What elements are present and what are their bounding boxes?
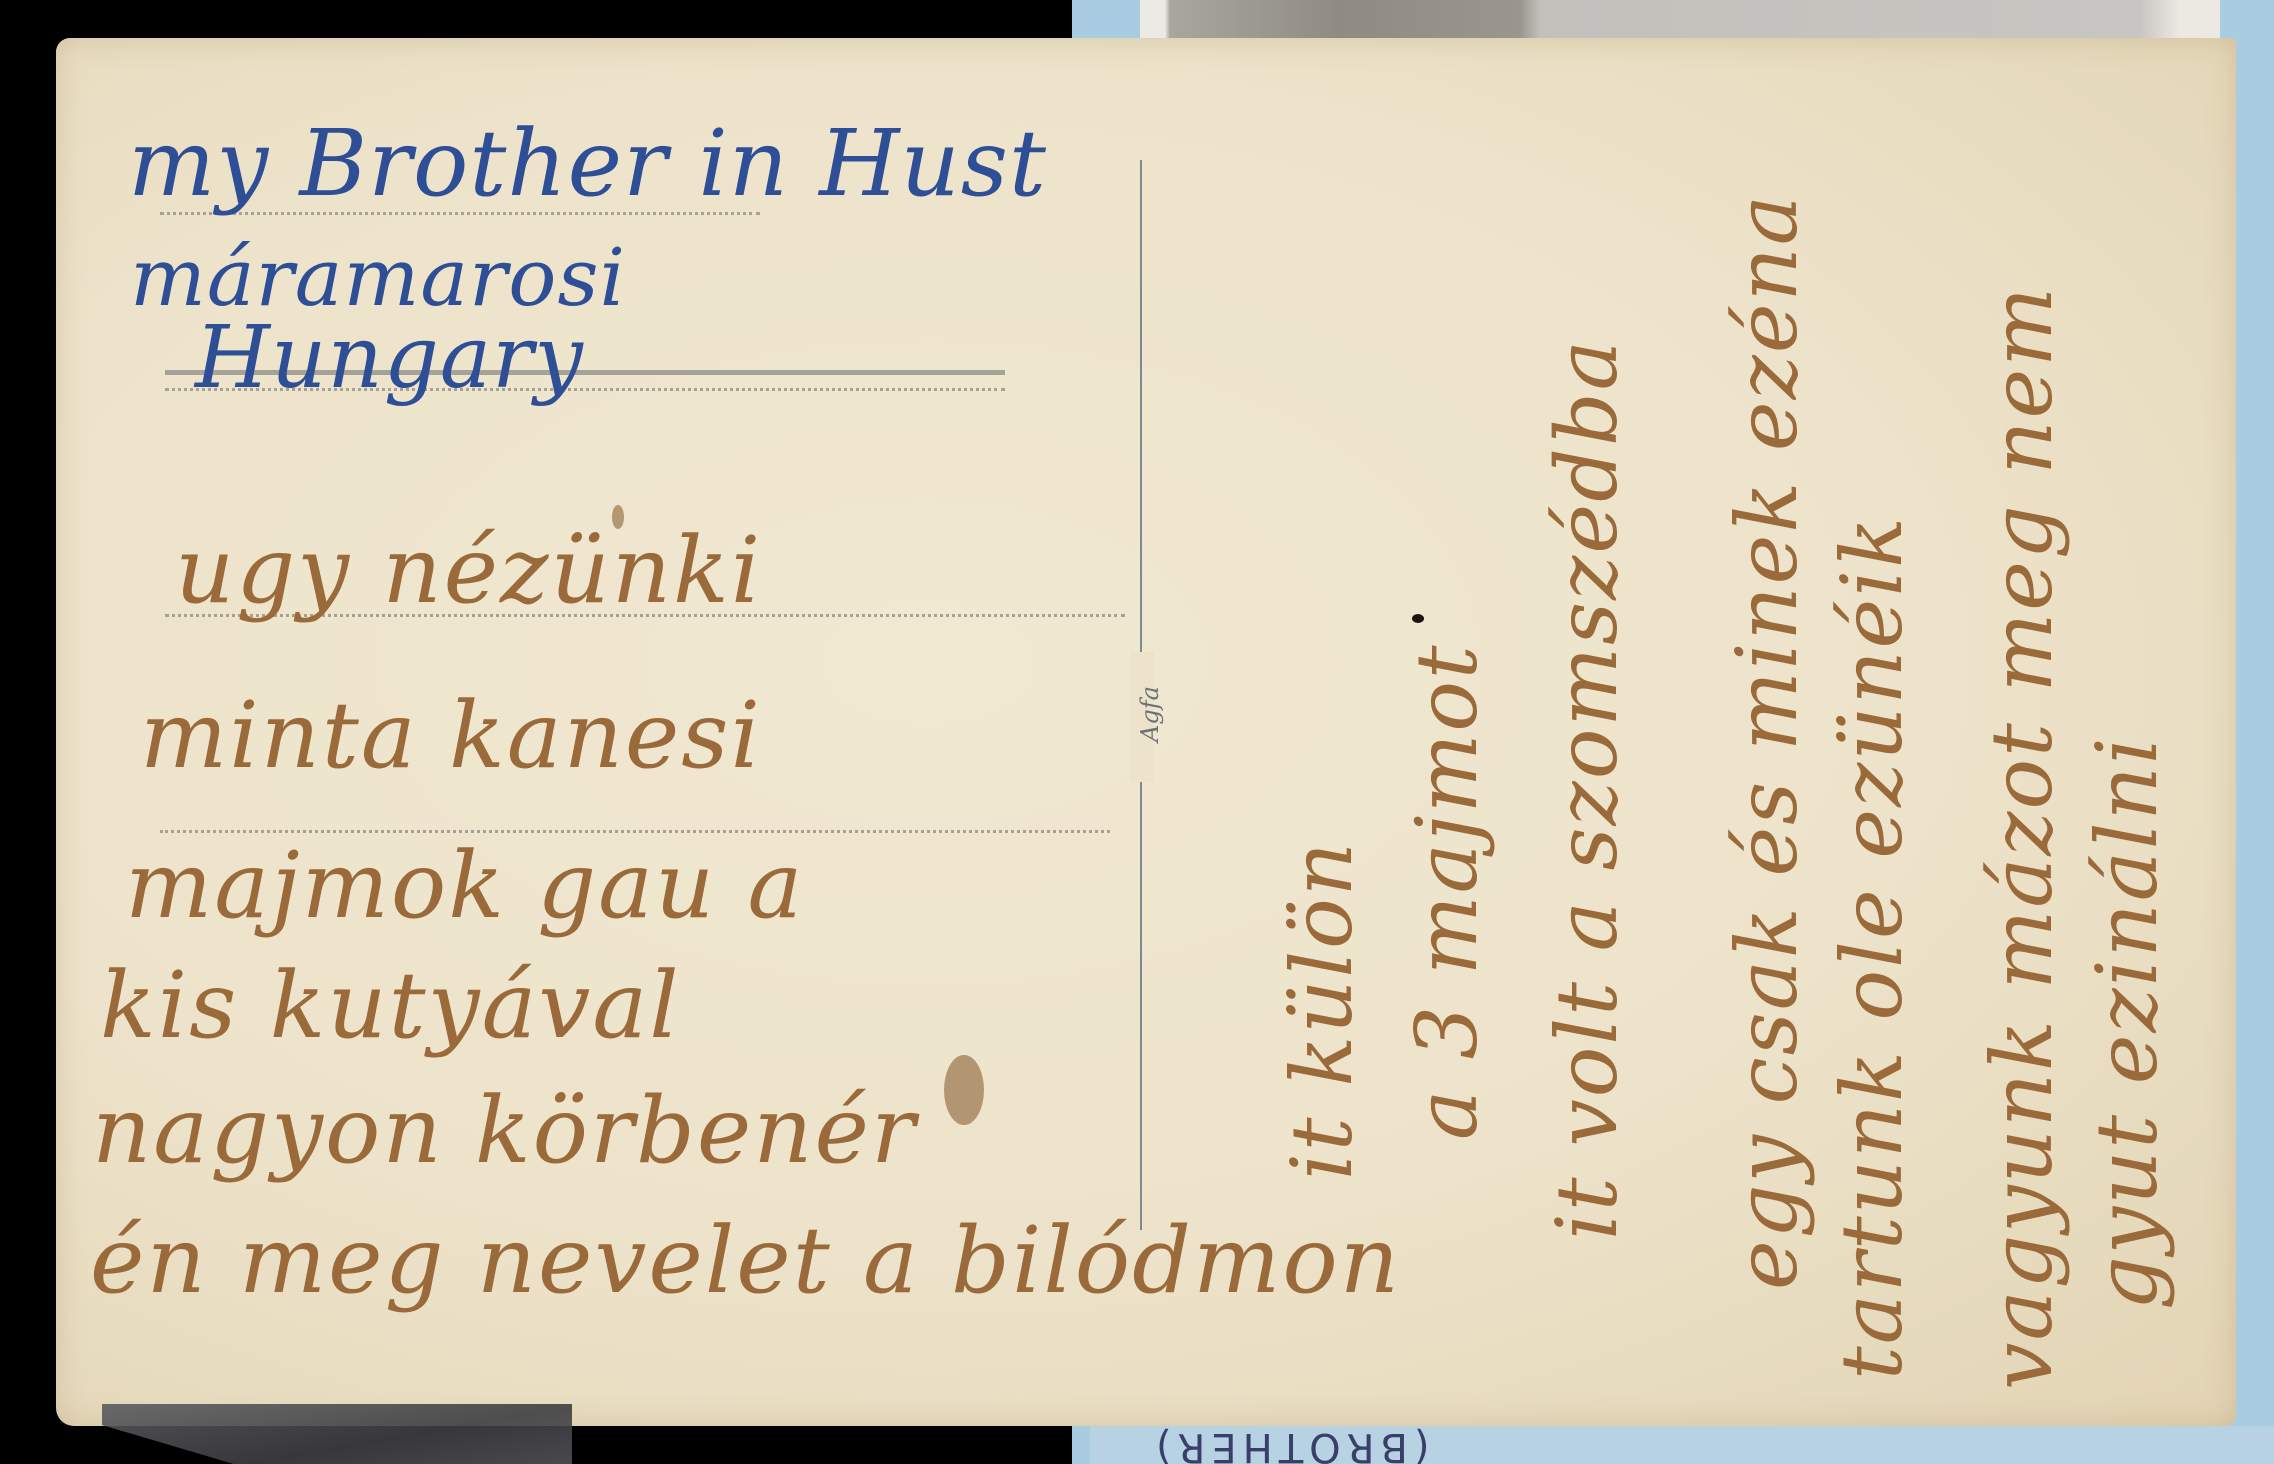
agfa-imprint: Agfa (1136, 654, 1164, 774)
message-right-column-3: it volt a szomszédba (1545, 338, 1629, 1240)
message-left-line-5: nagyon körbenér (92, 1085, 917, 1177)
message-left-line-4: kis kutyával (100, 960, 681, 1052)
address-line-1: my Brother in Hust (128, 118, 1047, 210)
message-right-column-6: vagyunk mázot meg nem (1980, 285, 2064, 1390)
message-right-column-7: gyut ezinálni (2085, 735, 2169, 1310)
address-line-2: máramarosi (130, 238, 626, 318)
brother-label: (BROTHER) (1150, 1424, 1430, 1464)
message-right-column-4: egy csak és minek ezéna (1725, 193, 1809, 1290)
message-right-column-1: it külön (1280, 840, 1364, 1180)
message-right-column-5: tartunk ole ezünéik (1830, 515, 1914, 1380)
address-line-3: Hungary (195, 315, 584, 401)
ink-stain (944, 1055, 984, 1125)
message-right-column-2: a 3 majmot (1405, 643, 1489, 1140)
message-left-line-2: minta kanesi (140, 690, 762, 782)
message-left-line-3: majmok gau a (125, 840, 804, 932)
ink-dot (1412, 614, 1424, 623)
message-left-line-6: én meg nevelet a bilódmon (90, 1215, 1401, 1307)
message-left-line-1: ugy nézünki (175, 525, 762, 617)
adhesive-tape-strip (102, 1404, 572, 1464)
ink-stain (612, 505, 624, 529)
